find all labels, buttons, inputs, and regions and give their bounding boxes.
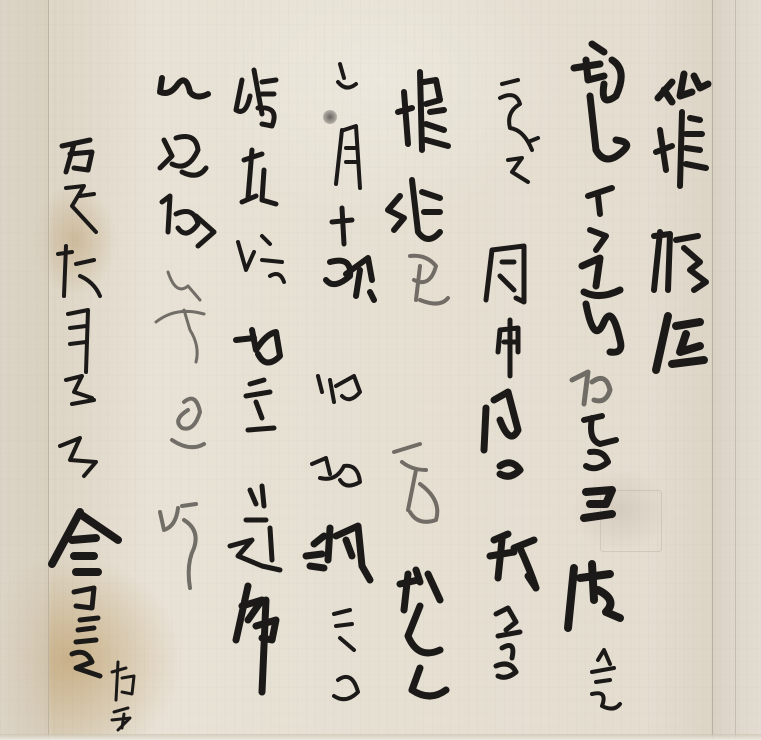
bottom-edge xyxy=(0,734,761,740)
brush-strokes xyxy=(0,0,761,740)
calligraphy-letter: 伏雄勝在 親之下風所望日深念 家至周甲揚不秋風冬念 xyxy=(0,0,761,740)
